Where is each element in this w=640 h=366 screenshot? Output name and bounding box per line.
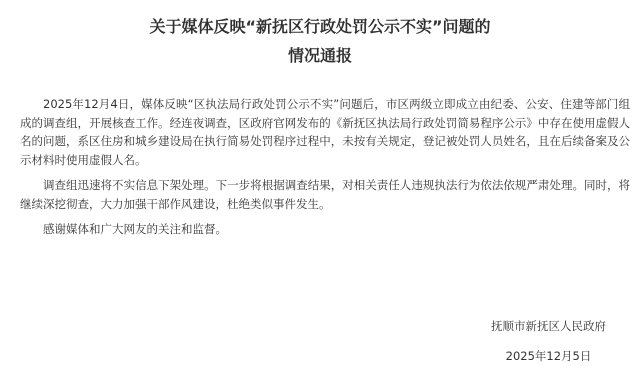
issue-date: 2025年12月5日 — [491, 347, 606, 366]
notice-title: 关于媒体反映“新抚区行政处罚公示不实”问题的 情况通报 — [0, 12, 640, 70]
notice-title-line1: 关于媒体反映“新抚区行政处罚公示不实”问题的 — [0, 12, 640, 41]
notice-title-line2: 情况通报 — [0, 41, 640, 70]
signature-inner: 抚顺市新抚区人民政府 2025年12月5日 — [491, 317, 606, 366]
notice-paragraph-1: 2025年12月4日，媒体反映“区执法局行政处罚公示不实”问题后，市区两级立即成… — [20, 95, 630, 169]
notice-body: 2025年12月4日，媒体反映“区执法局行政处罚公示不实”问题后，市区两级立即成… — [0, 95, 640, 239]
notice-paragraph-3: 感谢媒体和广大网友的关注和监督。 — [20, 220, 630, 239]
signature-block: 抚顺市新抚区人民政府 2025年12月5日 — [0, 317, 640, 366]
notice-paragraph-2: 调查组迅速将不实信息下架处理。下一步将根据调查结果，对相关责任人违规执法行为依法… — [20, 176, 630, 213]
notice-page: 关于媒体反映“新抚区行政处罚公示不实”问题的 情况通报 2025年12月4日，媒… — [0, 0, 640, 366]
issuer-name: 抚顺市新抚区人民政府 — [491, 317, 606, 336]
